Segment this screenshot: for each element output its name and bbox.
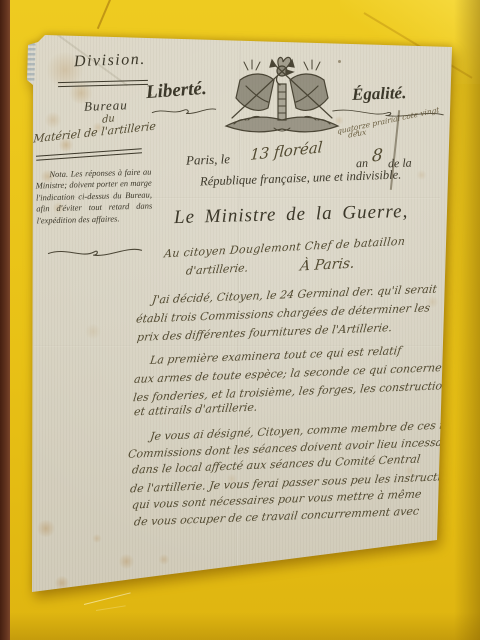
photograph-of-letter: Division. Bureau du Matériel de l'artill…: [0, 0, 480, 640]
address-line: Au citoyen Douglemont Chef de bataillon: [163, 235, 405, 261]
rooster-flags-emblem-icon: [218, 54, 346, 148]
egalite-label: Égalité.: [352, 83, 407, 105]
bureau-service-handwritten: Matériel de l'artillerie: [33, 119, 156, 145]
date-prefix: Paris, le: [186, 151, 231, 169]
body-line: prix des différentes fournitures de l'Ar…: [136, 321, 392, 344]
perforated-edge-tab: [25, 43, 35, 83]
paper-surface: Division. Bureau du Matériel de l'artill…: [0, 0, 480, 640]
bureau-rule: [36, 148, 142, 161]
nota-marginal-note: Nota. Les réponses à faire au Ministre; …: [35, 166, 152, 226]
liberte-label: Liberté.: [145, 78, 207, 104]
sender-title: Le Ministre de la Guerre,: [174, 201, 409, 229]
date-year-handwritten: 8: [371, 146, 383, 167]
republique-line: République française, une et indivisible…: [200, 167, 402, 189]
paper-sheet: Division. Bureau du Matériel de l'artill…: [0, 0, 480, 640]
annotation-handwritten: deux: [348, 127, 366, 139]
address-line: À Paris.: [299, 256, 355, 275]
flourish-icon: [46, 244, 144, 259]
division-rule: [58, 80, 148, 88]
division-label: Division.: [74, 51, 146, 71]
flourish-icon: [150, 104, 218, 118]
bureau-label: Bureau: [84, 97, 128, 115]
